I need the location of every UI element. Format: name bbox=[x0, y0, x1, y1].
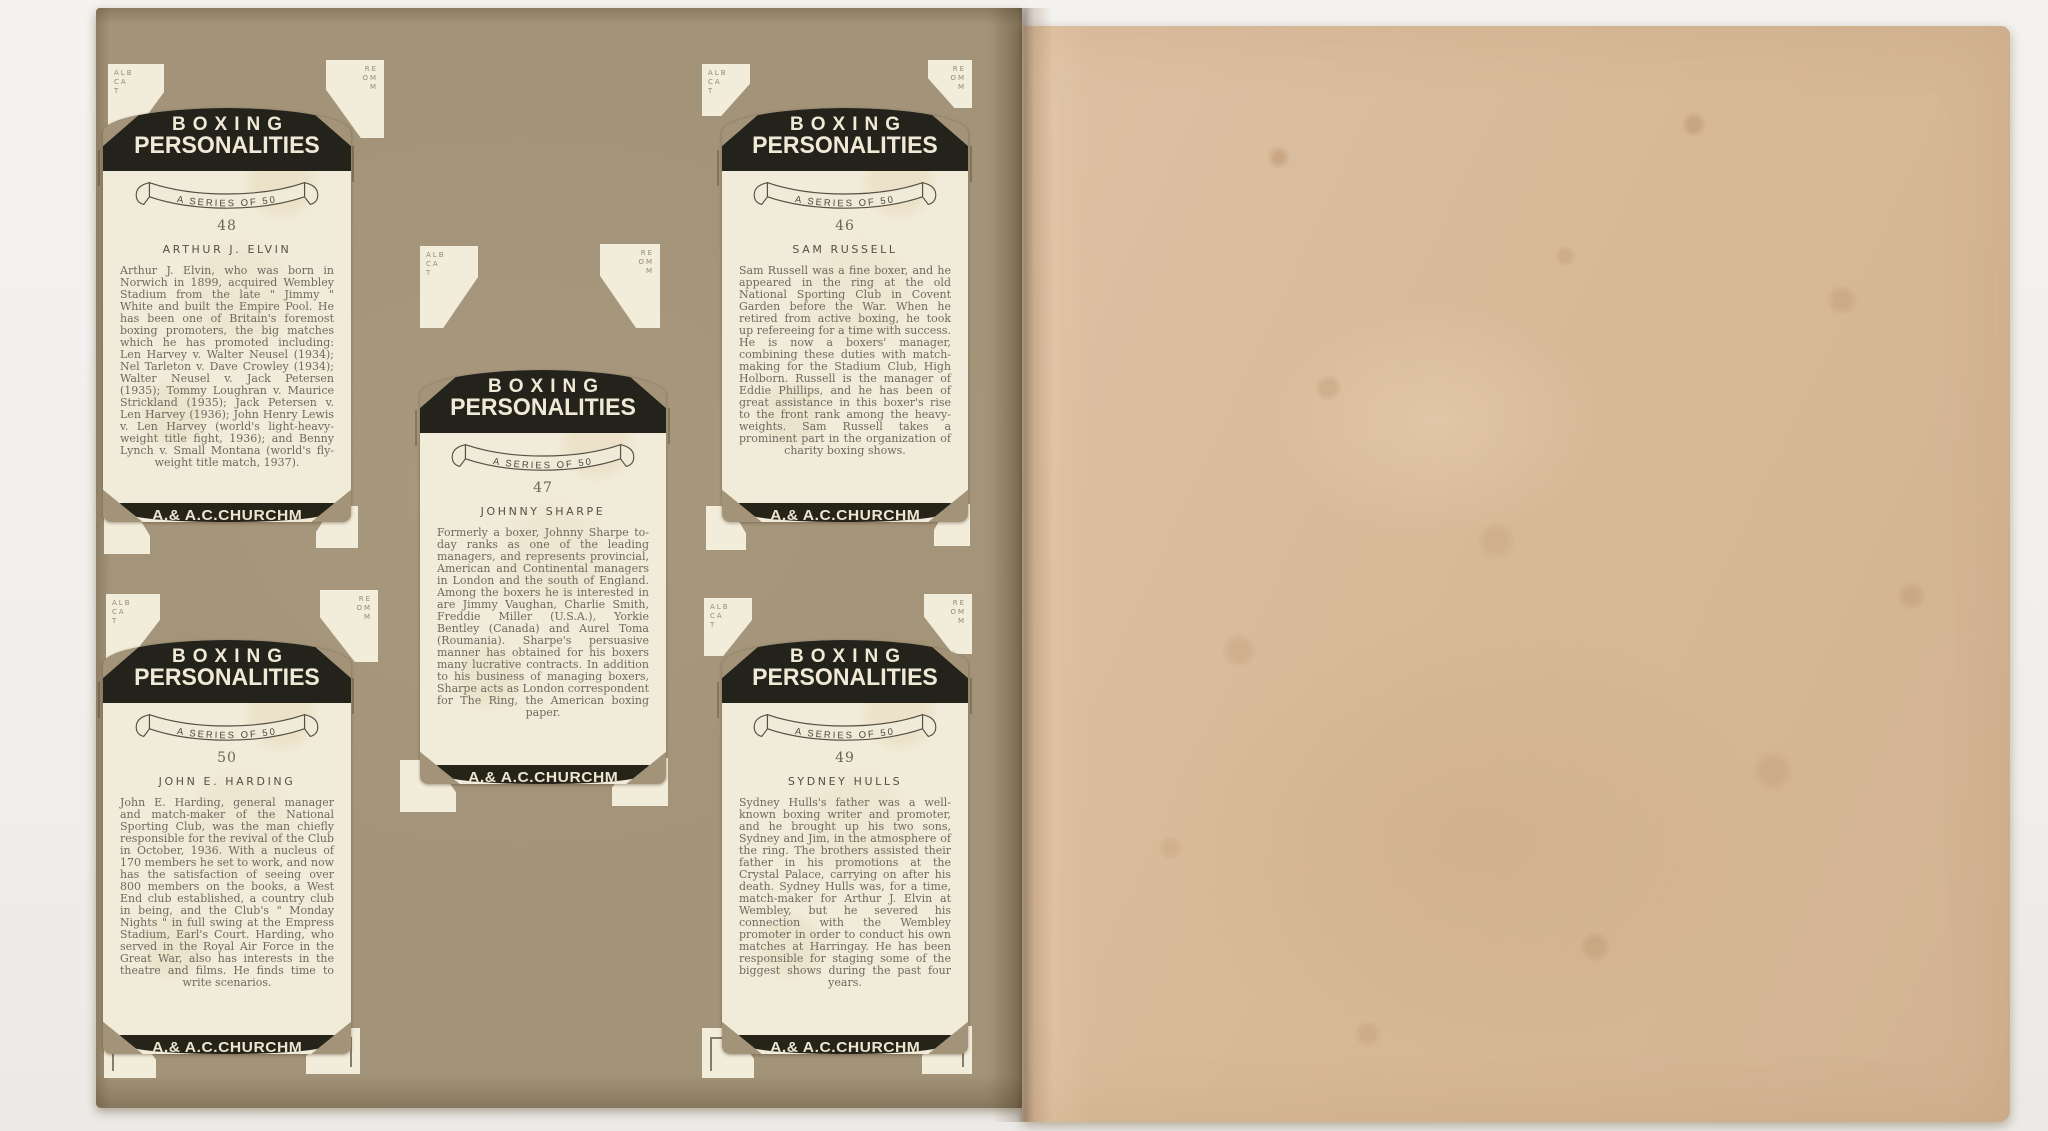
brand-band: A.& A.C.CHURCHM bbox=[735, 503, 955, 522]
series-ribbon: A SERIES OF 50 bbox=[741, 172, 949, 216]
card-number: 46 bbox=[722, 218, 968, 234]
card-title: ARTHUR J. ELVIN bbox=[103, 243, 351, 256]
slit-cut bbox=[98, 682, 100, 718]
cigarette-card-46: BOXING PERSONALITIES A SERIES OF 50 46 S… bbox=[722, 108, 968, 522]
series-ribbon: A SERIES OF 50 bbox=[123, 704, 331, 748]
corner-tab: ALB CA T bbox=[420, 246, 478, 328]
series-ribbon: A SERIES OF 50 bbox=[741, 704, 949, 748]
tab-text-fragment: ALB CA T bbox=[108, 64, 164, 101]
slit-cut bbox=[970, 678, 972, 714]
brand-text: A.& A.C.CHURCHM bbox=[770, 1037, 920, 1054]
cigarette-card-47: BOXING PERSONALITIES A SERIES OF 50 47 J… bbox=[420, 370, 666, 784]
card-body-text: John E. Harding, general manager and mat… bbox=[120, 797, 334, 989]
slit-cut bbox=[98, 150, 100, 186]
slit-cut bbox=[717, 682, 719, 718]
brand-text: A.& A.C.CHURCHM bbox=[152, 505, 302, 522]
slit-cut bbox=[668, 408, 670, 444]
brand-text: A.& A.C.CHURCHM bbox=[468, 767, 618, 784]
card-header-band: BOXING PERSONALITIES bbox=[722, 640, 968, 703]
card-number: 49 bbox=[722, 750, 968, 766]
tab-text-fragment: ALB CA T bbox=[420, 246, 478, 283]
card-series-title-line2: PERSONALITIES bbox=[108, 134, 346, 157]
slit-cut bbox=[717, 150, 719, 186]
brand-text: A.& A.C.CHURCHM bbox=[770, 505, 920, 522]
slit-cut bbox=[352, 146, 354, 182]
slit-cut bbox=[415, 410, 417, 446]
brand-band: A.& A.C.CHURCHM bbox=[433, 765, 653, 784]
series-ribbon: A SERIES OF 50 bbox=[123, 172, 331, 216]
card-series-title-line2: PERSONALITIES bbox=[727, 134, 963, 157]
photo-of-open-card-album: ALB CA T RE OM M ALB CA T RE OM M ALB CA… bbox=[0, 0, 2048, 1131]
corner-tab: RE OM M bbox=[600, 244, 660, 328]
card-header-band: BOXING PERSONALITIES bbox=[103, 640, 351, 703]
card-body-text: Sydney Hulls's father was a well-known b… bbox=[739, 797, 951, 989]
series-ribbon: A SERIES OF 50 bbox=[439, 434, 647, 478]
card-header-band: BOXING PERSONALITIES bbox=[420, 370, 666, 433]
card-header-band: BOXING PERSONALITIES bbox=[103, 108, 351, 171]
card-title: JOHNNY SHARPE bbox=[420, 505, 666, 518]
album-right-page-blank bbox=[1022, 26, 2010, 1122]
tab-text-fragment: RE OM M bbox=[320, 590, 378, 627]
corner-tab: RE OM M bbox=[928, 60, 972, 108]
card-series-title-line2: PERSONALITIES bbox=[727, 666, 963, 689]
tab-text-fragment: RE OM M bbox=[600, 244, 660, 281]
tab-text-fragment: RE OM M bbox=[924, 594, 972, 631]
card-header-band: BOXING PERSONALITIES bbox=[722, 108, 968, 171]
tab-text-fragment: ALB CA T bbox=[106, 594, 160, 631]
card-body-text: Arthur J. Elvin, who was born in Norwich… bbox=[120, 265, 334, 469]
cigarette-card-50: BOXING PERSONALITIES A SERIES OF 50 50 J… bbox=[103, 640, 351, 1054]
slit-cut bbox=[970, 146, 972, 182]
brand-band: A.& A.C.CHURCHM bbox=[735, 1035, 955, 1054]
card-number: 47 bbox=[420, 480, 666, 496]
card-series-title-line2: PERSONALITIES bbox=[108, 666, 346, 689]
card-title: JOHN E. HARDING bbox=[103, 775, 351, 788]
brand-band: A.& A.C.CHURCHM bbox=[116, 503, 338, 522]
card-number: 48 bbox=[103, 218, 351, 234]
brand-text: A.& A.C.CHURCHM bbox=[152, 1037, 302, 1054]
album-left-page: ALB CA T RE OM M ALB CA T RE OM M ALB CA… bbox=[96, 8, 1022, 1108]
card-body-text: Formerly a boxer, Johnny Sharpe to-day r… bbox=[437, 527, 649, 719]
card-title: SAM RUSSELL bbox=[722, 243, 968, 256]
card-body-text: Sam Russell was a fine boxer, and he app… bbox=[739, 265, 951, 457]
tab-text-fragment: RE OM M bbox=[326, 60, 384, 97]
cigarette-card-49: BOXING PERSONALITIES A SERIES OF 50 49 S… bbox=[722, 640, 968, 1054]
brand-band: A.& A.C.CHURCHM bbox=[116, 1035, 338, 1054]
card-title: SYDNEY HULLS bbox=[722, 775, 968, 788]
tab-text-fragment: ALB CA T bbox=[702, 64, 750, 101]
slit-cut bbox=[352, 678, 354, 714]
cigarette-card-48: BOXING PERSONALITIES A SERIES OF 50 48 A… bbox=[103, 108, 351, 522]
tab-text-fragment: RE OM M bbox=[928, 60, 972, 97]
tab-text-fragment: ALB CA T bbox=[704, 598, 752, 635]
card-number: 50 bbox=[103, 750, 351, 766]
card-series-title-line2: PERSONALITIES bbox=[425, 396, 661, 419]
